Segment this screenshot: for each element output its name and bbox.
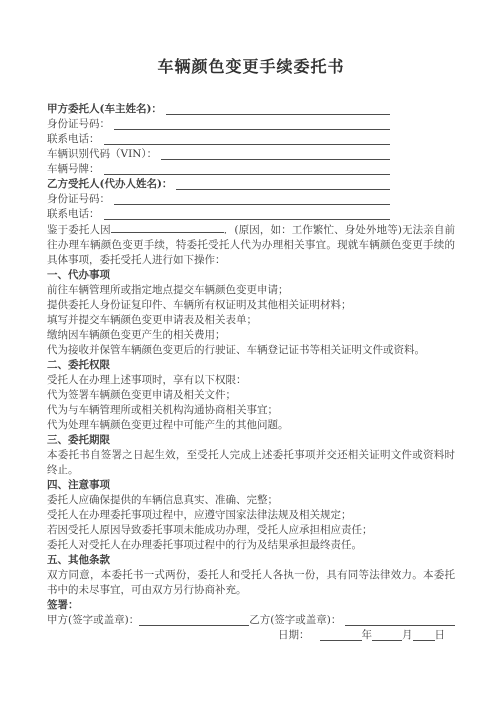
date-year-blank-line <box>320 640 362 641</box>
section-item: 本委托书自签署之日起生效，至受托人完成上述委托事项并交还相关证明文件或资料时终止… <box>47 448 455 478</box>
section-heading: 一、代办事项 <box>47 268 455 283</box>
date-day-label: 日 <box>435 628 446 643</box>
date-label: 日期： <box>278 628 310 643</box>
section-heading: 二、委托权限 <box>47 358 455 373</box>
party-a-id-blank-line <box>114 129 390 130</box>
signature-heading: 签署： <box>47 598 455 613</box>
preamble-text-before: 鉴于委托人因 <box>47 224 111 236</box>
section-heading: 四、注意事项 <box>47 478 455 493</box>
field-party-a-phone: 联系电话： <box>47 132 390 147</box>
field-vehicle-vin: 车辆识别代码（VIN）： <box>47 147 390 162</box>
party-a-signature-label: 甲方(签字或盖章)： <box>47 613 139 628</box>
vehicle-plate-label: 车辆号牌： <box>47 162 100 177</box>
document-page: 车辆颜色变更手续委托书 甲方委托人(车主姓名)： 身份证号码： 联系电话： 车辆… <box>0 0 500 707</box>
sections: 一、代办事项 前往车辆管理所或指定地点提交车辆颜色变更申请；提供委托人身份证复印… <box>47 268 455 598</box>
party-a-signature-blank-line <box>139 625 249 626</box>
party-b-name-blank-line <box>176 189 390 190</box>
party-b-signature-label: 乙方(签字或盖章)： <box>249 613 341 628</box>
party-b-id-blank-line <box>114 204 390 205</box>
field-party-b-id: 身份证号码： <box>47 192 390 207</box>
reason-blank-line <box>111 222 224 233</box>
party-a-id-label: 身份证号码： <box>47 117 110 132</box>
field-party-a-name: 甲方委托人(车主姓名)： <box>47 102 390 117</box>
document-title: 车辆颜色变更手续委托书 <box>47 56 455 78</box>
date-month-blank-line <box>372 640 402 641</box>
party-a-phone-label: 联系电话： <box>47 132 100 147</box>
section-item: 委托人对受托人在办理委托事项过程中的行为及结果承担最终责任。 <box>47 538 455 553</box>
field-party-a-id: 身份证号码： <box>47 117 390 132</box>
party-a-name-label: 甲方委托人(车主姓名)： <box>47 102 162 117</box>
section: 一、代办事项 前往车辆管理所或指定地点提交车辆颜色变更申请；提供委托人身份证复印… <box>47 268 455 358</box>
section-item: 受托人在办理委托事项过程中，应遵守国家法律法规及相关规定； <box>47 508 455 523</box>
section-item: 代为签署车辆颜色变更申请及相关文件； <box>47 388 455 403</box>
preamble-paragraph: 鉴于委托人因．(原因，如：工作繁忙、身处外地等)无法亲自前往办理车辆颜色变更手续… <box>47 222 455 268</box>
field-vehicle-plate: 车辆号牌： <box>47 162 390 177</box>
party-b-name-label: 乙方受托人(代办人姓名)： <box>47 177 172 192</box>
section-body: 双方同意，本委托书一式两份，委托人和受托人各执一份，具有同等法律效力。本委托书中… <box>47 568 455 598</box>
field-party-b-name: 乙方受托人(代办人姓名)： <box>47 177 390 192</box>
section: 三、委托期限 本委托书自签署之日起生效，至受托人完成上述委托事项并交还相关证明文… <box>47 433 455 478</box>
section-item: 缴纳因车辆颜色变更产生的相关费用； <box>47 328 455 343</box>
party-b-phone-blank-line <box>104 219 391 220</box>
field-party-b-phone: 联系电话： <box>47 207 390 222</box>
party-a-phone-blank-line <box>104 144 391 145</box>
section-item: 前往车辆管理所或指定地点提交车辆颜色变更申请； <box>47 283 455 298</box>
signature-row: 甲方(签字或盖章)： 乙方(签字或盖章)： <box>47 613 455 628</box>
party-b-id-label: 身份证号码： <box>47 192 110 207</box>
vehicle-vin-blank-line <box>161 159 390 160</box>
date-month-label: 月 <box>402 628 413 643</box>
section-item: 受托人在办理上述事项时，享有以下权限： <box>47 373 455 388</box>
section-item: 代为与车辆管理所或相关机构沟通协商相关事宜； <box>47 403 455 418</box>
section-item: 代为处理车辆颜色变更过程中可能产生的其他问题。 <box>47 418 455 433</box>
date-row: 日期： 年 月 日 <box>47 628 455 643</box>
section-heading: 三、委托期限 <box>47 433 455 448</box>
section-item: 代为接收并保管车辆颜色变更后的行驶证、车辆登记证书等相关证明文件或资料。 <box>47 343 455 358</box>
section-heading: 五、其他条款 <box>47 553 455 568</box>
date-year-label: 年 <box>362 628 373 643</box>
vehicle-vin-label: 车辆识别代码（VIN）： <box>47 147 157 162</box>
section-item: 委托人应确保提供的车辆信息真实、准确、完整； <box>47 493 455 508</box>
party-b-phone-label: 联系电话： <box>47 207 100 222</box>
party-b-signature-blank-line <box>345 625 455 626</box>
section: 四、注意事项 委托人应确保提供的车辆信息真实、准确、完整；受托人在办理委托事项过… <box>47 478 455 553</box>
section-item: 双方同意，本委托书一式两份，委托人和受托人各执一份，具有同等法律效力。本委托书中… <box>47 568 455 598</box>
section-body: 受托人在办理上述事项时，享有以下权限：代为签署车辆颜色变更申请及相关文件；代为与… <box>47 373 455 433</box>
date-day-blank-line <box>413 640 435 641</box>
section-body: 委托人应确保提供的车辆信息真实、准确、完整；受托人在办理委托事项过程中，应遵守国… <box>47 493 455 553</box>
vehicle-plate-blank-line <box>104 174 391 175</box>
section-item: 填写并提交车辆颜色变更申请表及相关表单； <box>47 313 455 328</box>
section-item: 若因受托人原因导致委托事项未能成功办理，受托人应承担相应责任； <box>47 523 455 538</box>
party-a-name-blank-line <box>166 114 390 115</box>
section: 二、委托权限 受托人在办理上述事项时，享有以下权限：代为签署车辆颜色变更申请及相… <box>47 358 455 433</box>
section: 五、其他条款 双方同意，本委托书一式两份，委托人和受托人各执一份，具有同等法律效… <box>47 553 455 598</box>
section-body: 前往车辆管理所或指定地点提交车辆颜色变更申请；提供委托人身份证复印件、车辆所有权… <box>47 283 455 358</box>
section-body: 本委托书自签署之日起生效，至受托人完成上述委托事项并交还相关证明文件或资料时终止… <box>47 448 455 478</box>
section-item: 提供委托人身份证复印件、车辆所有权证明及其他相关证明材料； <box>47 298 455 313</box>
